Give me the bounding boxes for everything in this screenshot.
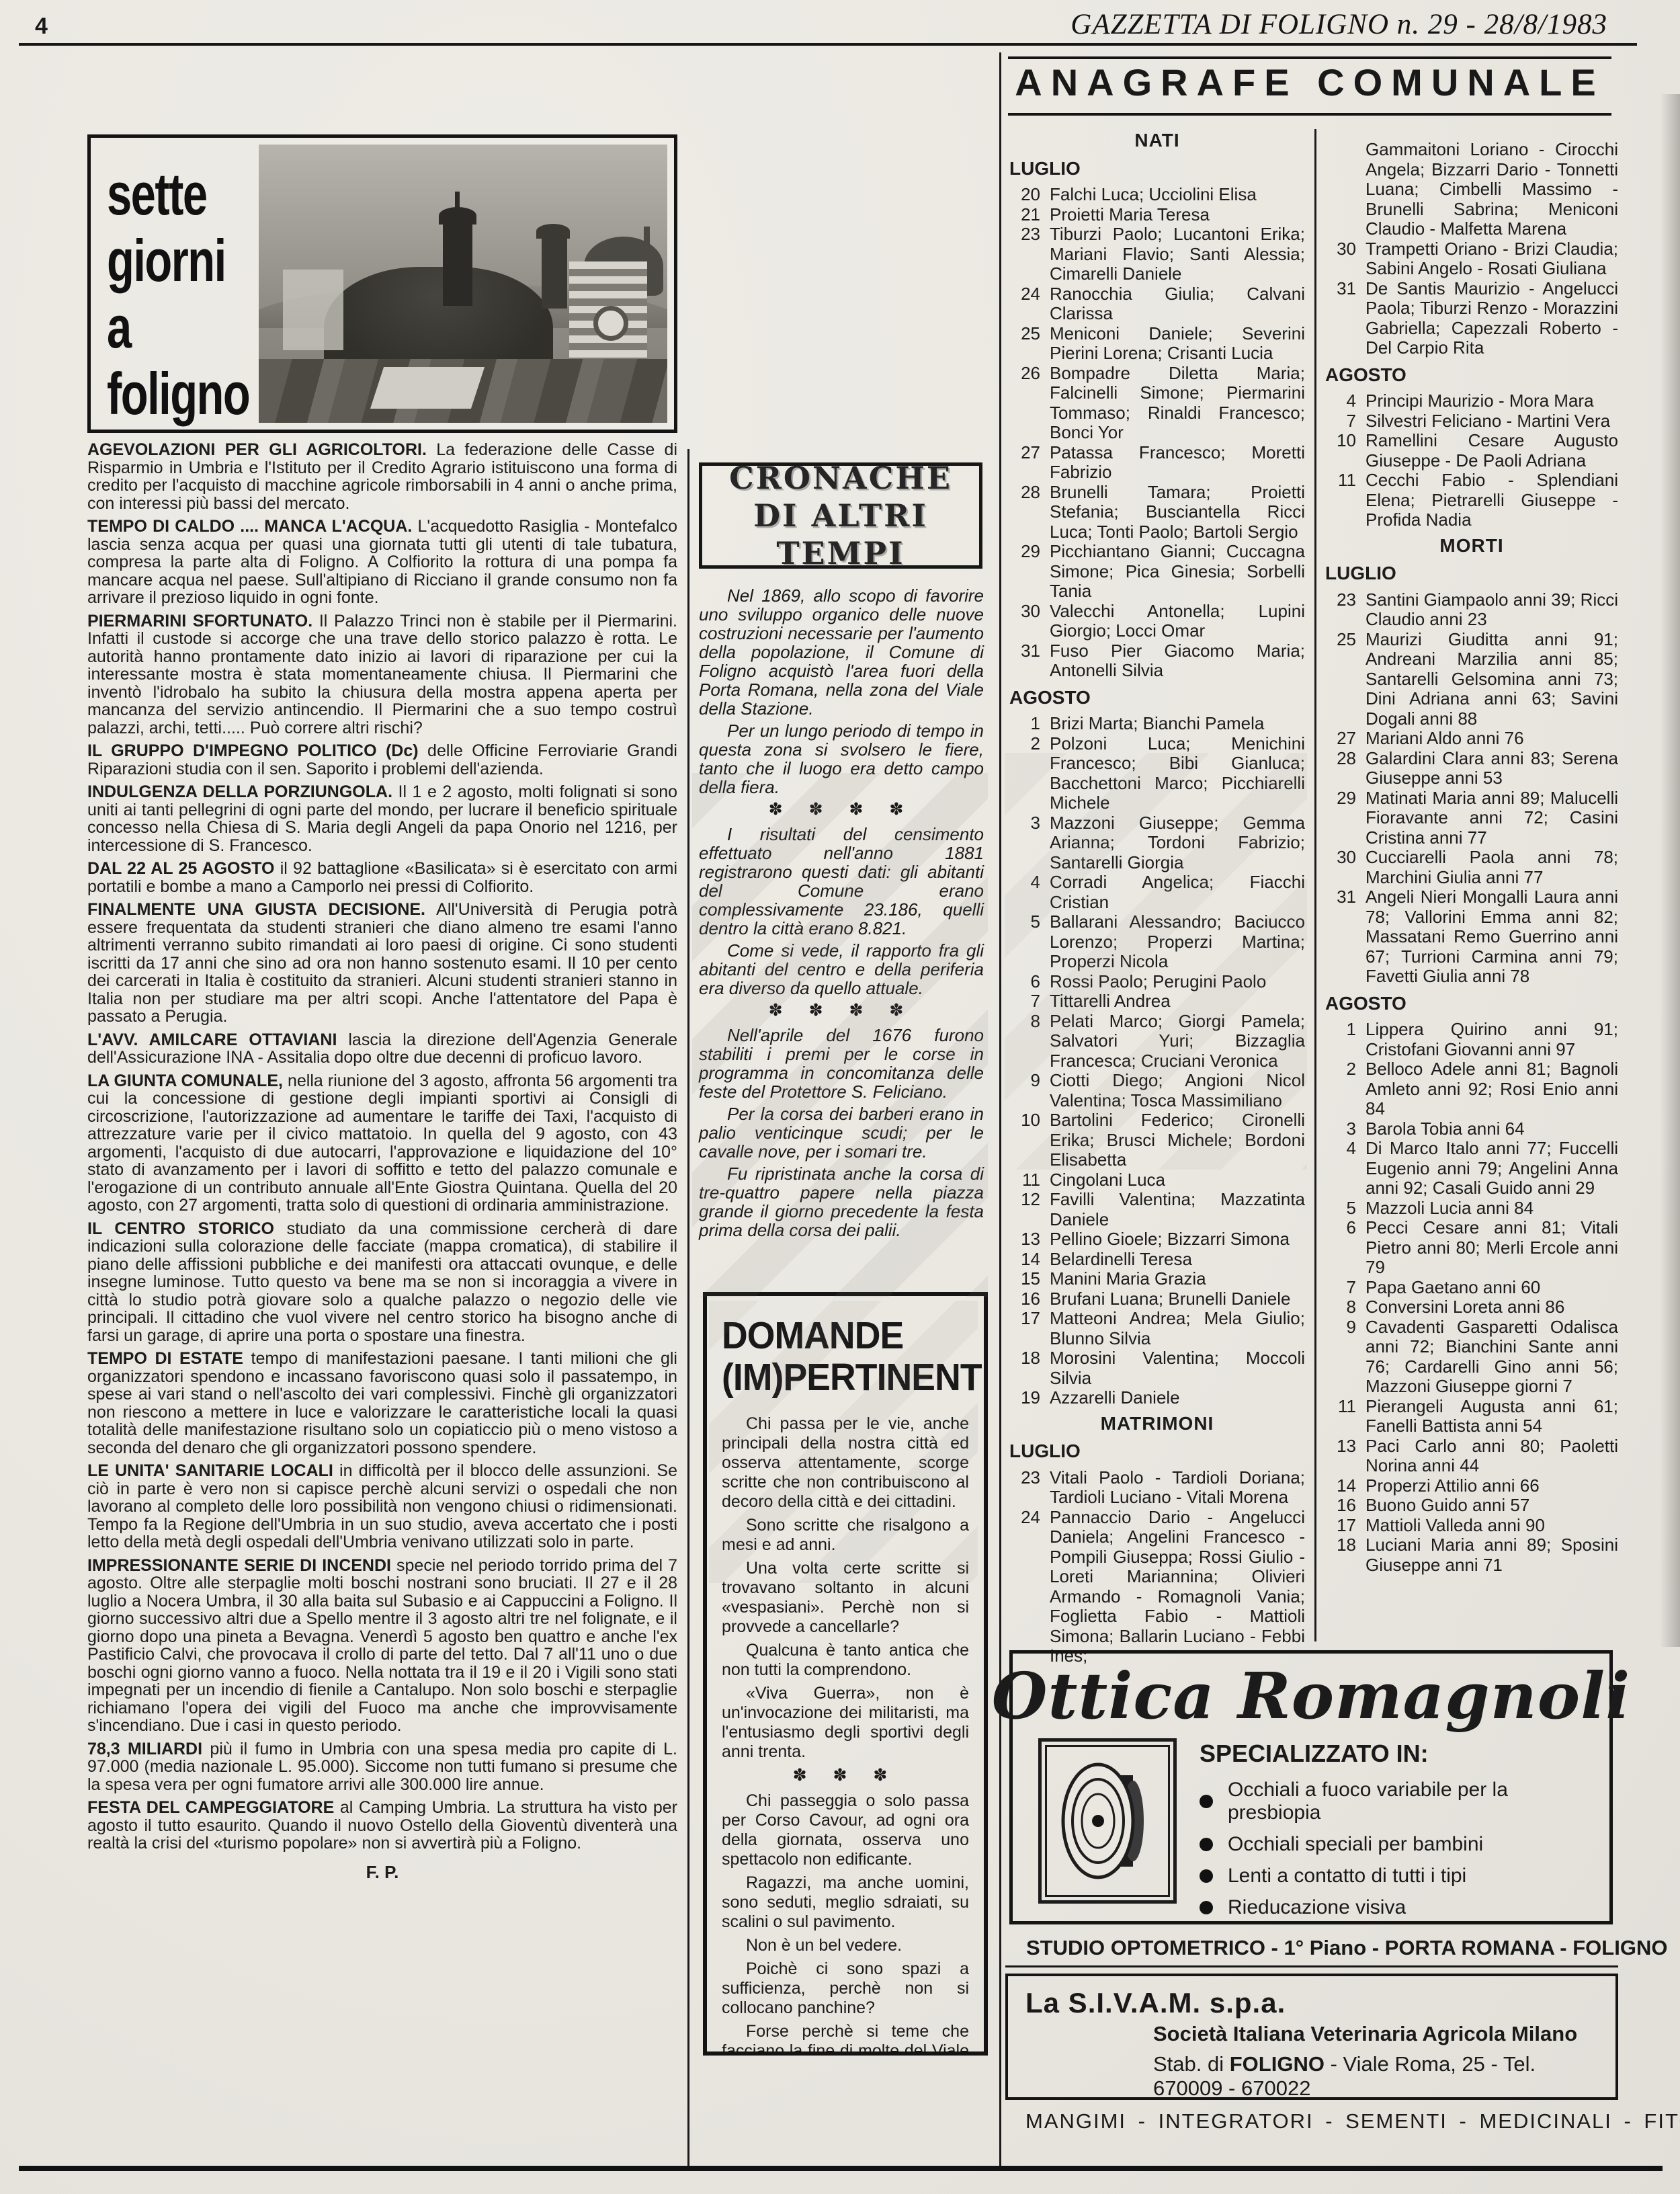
header-rule <box>19 43 1637 46</box>
entry-day-number: 17 <box>1009 1309 1050 1348</box>
domande-paragraph: Chi passa per le vie, anche principali d… <box>722 1414 969 1512</box>
cronache-title-box: CRONACHE DI ALTRI TEMPI <box>699 462 982 569</box>
entry-day-number: 16 <box>1325 1496 1366 1516</box>
anagrafe-entry: 24Ranocchia Giulia; Calvani Clarissa <box>1009 284 1305 324</box>
entry-names: Principi Maurizio - Mora Mara <box>1366 391 1618 411</box>
bullet-label: Occhiali speciali per bambini <box>1228 1833 1483 1856</box>
anagrafe-entry: 5Ballarani Alessandro; Baciucco Lorenzo;… <box>1009 912 1305 972</box>
ottica-footer: STUDIO OPTOMETRICO - 1° Piano - PORTA RO… <box>1026 1936 1596 1960</box>
bullet-icon <box>1200 1901 1213 1914</box>
entry-names: Pelati Marco; Giorgi Pamela; Salvatori Y… <box>1050 1012 1305 1071</box>
entry-names: Trampetti Oriano - Brizi Claudia; Sabini… <box>1366 239 1618 279</box>
feature-title-line: sette <box>107 161 216 227</box>
entry-day-number: 9 <box>1009 1071 1050 1110</box>
stars-separator-icon: ✽ ✽ ✽ ✽ <box>699 800 984 819</box>
entry-names: Picchiantano Gianni; Cuccagna Simone; Pi… <box>1050 542 1305 602</box>
anagrafe-section-heading: MORTI <box>1325 536 1618 556</box>
domande-paragraph: Qualcuna è tanto antica che non tutti la… <box>722 1641 969 1680</box>
feature-title-line: foligno <box>107 360 216 427</box>
entry-names: Mattioli Valleda anni 90 <box>1366 1516 1618 1536</box>
sivam-company-name: La S.I.V.A.M. s.p.a. <box>1025 1987 1598 2019</box>
entry-names: Matteoni Andrea; Mela Giulio; Blunno Sil… <box>1050 1309 1305 1348</box>
news-item-lead: AGEVOLAZIONI PER GLI AGRICOLTORI. <box>87 441 427 459</box>
entry-day-number: 6 <box>1325 1218 1366 1278</box>
anagrafe-entry: 1Brizi Marta; Bianchi Pamela <box>1009 714 1305 734</box>
entry-names: Patassa Francesco; Moretti Fabrizio <box>1050 443 1305 483</box>
bullet-icon <box>1200 1869 1213 1883</box>
entry-day-number: 6 <box>1009 972 1050 992</box>
entry-names: Ranocchia Giulia; Calvani Clarissa <box>1050 284 1305 324</box>
sivam-subtitle: Società Italiana Veterinaria Agricola Mi… <box>1153 2022 1598 2046</box>
news-item: TEMPO DI ESTATE tempo di manifestazioni … <box>87 1350 677 1457</box>
ottica-romagnoli-ad: Ottica Romagnoli SPECIA <box>1009 1650 1613 1924</box>
entry-names: Properzi Attilio anni 66 <box>1366 1476 1618 1496</box>
entry-day-number: 12 <box>1009 1190 1050 1229</box>
stars-separator-icon: ✽ ✽ ✽ ✽ <box>699 1001 984 1020</box>
entry-day-number: 18 <box>1009 1348 1050 1388</box>
news-item-lead: FINALMENTE UNA GIUSTA DECISIONE. <box>87 900 425 919</box>
news-item: AGEVOLAZIONI PER GLI AGRICOLTORI. La fed… <box>87 441 677 512</box>
domande-paragraph: Poichè ci sono spazi a sufficienza, perc… <box>722 1959 969 2018</box>
entry-names: Favilli Valentina; Mazzatinta Daniele <box>1050 1190 1305 1229</box>
left-article-column: AGEVOLAZIONI PER GLI AGRICOLTORI. La fed… <box>87 441 677 1881</box>
anagrafe-entry: 23Santini Giampaolo anni 39; Ricci Claud… <box>1325 590 1618 630</box>
anagrafe-entry: 12Favilli Valentina; Mazzatinta Daniele <box>1009 1190 1305 1229</box>
anagrafe-entry: 19Azzarelli Daniele <box>1009 1388 1305 1408</box>
entry-day-number: 27 <box>1325 729 1366 749</box>
entry-day-number: 21 <box>1009 205 1050 225</box>
ottica-bullet-item: Occhiali a fuoco variabile per la presbi… <box>1200 1779 1591 1824</box>
entry-day-number: 28 <box>1009 483 1050 542</box>
entry-names: Ramellini Cesare Augusto Giuseppe - De P… <box>1366 431 1618 471</box>
entry-day-number: 10 <box>1009 1110 1050 1170</box>
bullet-icon <box>1200 1795 1213 1808</box>
entry-day-number: 29 <box>1009 542 1050 602</box>
domande-title-line: (IM)PERTINENTI <box>722 1356 988 1399</box>
anagrafe-entry: 25Maurizi Giuditta anni 91; Andreani Mar… <box>1325 630 1618 729</box>
anagrafe-entry: 26Bompadre Diletta Maria; Falcinelli Sim… <box>1009 364 1305 443</box>
anagrafe-rule-bottom <box>1008 113 1611 116</box>
entry-day-number: 17 <box>1325 1516 1366 1536</box>
anagrafe-entry: 24Pannaccio Dario - Angelucci Daniela; A… <box>1009 1508 1305 1666</box>
entry-names: Lippera Quirino anni 91; Cristofani Giov… <box>1366 1020 1618 1059</box>
cronache-paragraph: Fu ripristinata anche la corsa di tre-qu… <box>699 1164 984 1240</box>
anagrafe-column-left: NATILUGLIO20Falchi Luca; Ucciolini Elisa… <box>1009 125 1305 1666</box>
entry-day-number: 7 <box>1325 1278 1366 1298</box>
anagrafe-entry: 28Galardini Clara anni 83; Serena Giusep… <box>1325 749 1618 788</box>
author-initials: F. P. <box>87 1863 677 1881</box>
entry-day-number: 23 <box>1009 1468 1050 1508</box>
entry-day-number: 5 <box>1009 912 1050 972</box>
feature-box: sette giorni a foligno <box>87 134 677 433</box>
entry-names: Mariani Aldo anni 76 <box>1366 729 1618 749</box>
news-item-lead: TEMPO DI ESTATE <box>87 1349 243 1368</box>
entry-names: Di Marco Italo anni 77; Fuccelli Eugenio… <box>1366 1139 1618 1198</box>
sivam-products: MANGIMI - INTEGRATORI - SEMENTI - MEDICI… <box>1025 2109 1598 2134</box>
anagrafe-title: ANAGRAFE COMUNALE <box>1008 60 1611 104</box>
entry-names: Papa Gaetano anni 60 <box>1366 1278 1618 1298</box>
anagrafe-entry: 10Bartolini Federico; Cironelli Erika; B… <box>1009 1110 1305 1170</box>
entry-day-number: 8 <box>1325 1297 1366 1317</box>
entry-names: Pannaccio Dario - Angelucci Daniela; Ang… <box>1050 1508 1305 1666</box>
domande-paragraph: Forse perchè si teme che facciano la fin… <box>722 2022 969 2056</box>
anagrafe-entry: 3Mazzoni Giuseppe; Gemma Arianna; Tordon… <box>1009 813 1305 873</box>
anagrafe-entry: 29Matinati Maria anni 89; Malucelli Fior… <box>1325 788 1618 848</box>
anagrafe-entry: 11Cingolani Luca <box>1009 1170 1305 1190</box>
entry-day-number: 30 <box>1009 602 1050 641</box>
cronache-body: Nel 1869, allo scopo di favorire uno svi… <box>699 586 984 1243</box>
domande-paragraph: Chi passeggia o solo passa per Corso Cav… <box>722 1791 969 1869</box>
entry-names: Ballarani Alessandro; Baciucco Lorenzo; … <box>1050 912 1305 972</box>
entry-day-number: 7 <box>1325 411 1366 432</box>
entry-day-number: 24 <box>1009 284 1050 324</box>
cronache-title-line: CRONACHE <box>729 459 952 497</box>
domande-paragraph: Sono scritte che risalgono a mesi e ad a… <box>722 1516 969 1555</box>
photo-rose-window <box>593 306 628 341</box>
anagrafe-entry: 8Conversini Loreta anni 86 <box>1325 1297 1618 1317</box>
anagrafe-entry: 17Mattioli Valleda anni 90 <box>1325 1516 1618 1536</box>
domande-paragraph: Una volta certe scritte si trovavano sol… <box>722 1559 969 1637</box>
entry-names: Mazzoli Lucia anni 84 <box>1366 1198 1618 1219</box>
news-item-text: studiato da una commissione cercherà di … <box>87 1219 677 1345</box>
entry-day-number: 10 <box>1325 431 1366 471</box>
entry-names: Bartolini Federico; Cironelli Erika; Bru… <box>1050 1110 1305 1170</box>
anagrafe-entry: 16Buono Guido anni 57 <box>1325 1496 1618 1516</box>
anagrafe-entry: 31Fuso Pier Giacomo Maria; Antonelli Sil… <box>1009 641 1305 681</box>
entry-day-number: 18 <box>1325 1535 1366 1575</box>
entry-names: Corradi Angelica; Fiacchi Cristian <box>1050 872 1305 912</box>
news-item-lead: TEMPO DI CALDO .... MANCA L'ACQUA. <box>87 517 412 536</box>
entry-day-number: 11 <box>1325 471 1366 530</box>
entry-names: Brufani Luana; Brunelli Daniele <box>1050 1289 1305 1309</box>
anagrafe-entry: 21Proietti Maria Teresa <box>1009 205 1305 225</box>
anagrafe-entry: 8Pelati Marco; Giorgi Pamela; Salvatori … <box>1009 1012 1305 1071</box>
cronache-paragraph: Nell'aprile del 1676 furono stabiliti i … <box>699 1026 984 1101</box>
anagrafe-entry: 30Valecchi Antonella; Lupini Giorgio; Lo… <box>1009 602 1305 641</box>
entry-names: Paci Carlo anni 80; Paoletti Norina anni… <box>1366 1436 1618 1476</box>
anagrafe-entry: 30Trampetti Oriano - Brizi Claudia; Sabi… <box>1325 239 1618 279</box>
lens-icon <box>1045 1745 1170 1897</box>
entry-names: De Santis Maurizio - Angelucci Paola; Ti… <box>1366 279 1618 358</box>
entry-day-number: 20 <box>1009 185 1050 205</box>
anagrafe-month-heading: LUGLIO <box>1325 563 1618 583</box>
entry-names: Barola Tobia anni 64 <box>1366 1119 1618 1139</box>
news-item: 78,3 MILIARDI più il fumo in Umbria con … <box>87 1740 677 1794</box>
entry-names: Buono Guido anni 57 <box>1366 1496 1618 1516</box>
page-bottom-rule <box>19 2166 1663 2171</box>
anagrafe-entry: 18Morosini Valentina; Moccoli Silvia <box>1009 1348 1305 1388</box>
sivam-rule <box>1005 1965 1618 1967</box>
cronache-paragraph: Come si vede, il rapporto fra gli abitan… <box>699 941 984 998</box>
news-item: INDULGENZA DELLA PORZIUNGOLA. Il 1 e 2 a… <box>87 783 677 854</box>
anagrafe-entry: 11Pierangeli Augusta anni 61; Fanelli Ba… <box>1325 1397 1618 1436</box>
foligno-cityscape-photo <box>259 145 667 423</box>
news-item: LA GIUNTA COMUNALE, nella riunione del 3… <box>87 1072 677 1215</box>
anagrafe-entry: 18Luciani Maria anni 89; Sposini Giusepp… <box>1325 1535 1618 1575</box>
sivam-address: Stab. di FOLIGNO - Viale Roma, 25 - Tel.… <box>1153 2052 1598 2101</box>
news-item: DAL 22 AL 25 AGOSTO il 92 battaglione «B… <box>87 860 677 895</box>
entry-names: Cavadenti Gasparetti Odalisca anni 72; B… <box>1366 1317 1618 1397</box>
anagrafe-entry: 27Patassa Francesco; Moretti Fabrizio <box>1009 443 1305 483</box>
entry-names: Rossi Paolo; Perugini Paolo <box>1050 972 1305 992</box>
lens-illustration-frame <box>1038 1738 1177 1904</box>
entry-names: Cucciarelli Paola anni 78; Marchini Giul… <box>1366 848 1618 887</box>
entry-names: Pecci Cesare anni 81; Vitali Pietro anni… <box>1366 1218 1618 1278</box>
news-item: FESTA DEL CAMPEGGIATORE al Camping Umbri… <box>87 1799 677 1853</box>
news-item-lead: DAL 22 AL 25 AGOSTO <box>87 859 274 878</box>
entry-day-number: 2 <box>1009 734 1050 813</box>
anagrafe-entry: 31Angeli Nieri Mongalli Laura anni 78; V… <box>1325 887 1618 987</box>
entry-names: Ciotti Diego; Angioni Nicol Valentina; T… <box>1050 1071 1305 1110</box>
entry-day-number: 31 <box>1009 641 1050 681</box>
photo-light-roof <box>370 367 485 409</box>
anagrafe-entry: 4Corradi Angelica; Fiacchi Cristian <box>1009 872 1305 912</box>
entry-day-number: 2 <box>1325 1059 1366 1119</box>
news-item-lead: 78,3 MILIARDI <box>87 1740 202 1758</box>
entry-names: Morosini Valentina; Moccoli Silvia <box>1050 1348 1305 1388</box>
anagrafe-month-heading: AGOSTO <box>1325 365 1618 385</box>
page-number: 4 <box>35 13 48 40</box>
anagrafe-rule-top <box>1008 56 1611 59</box>
anagrafe-entry: 16Brufani Luana; Brunelli Daniele <box>1009 1289 1305 1309</box>
domande-paragraph: «Viva Guerra», non è un'invocazione dei … <box>722 1684 969 1762</box>
entry-names: Cecchi Fabio - Splendiani Elena; Pietrar… <box>1366 471 1618 530</box>
entry-day-number: 3 <box>1009 813 1050 873</box>
photo-tower <box>443 217 472 306</box>
feature-title: sette giorni a foligno <box>107 161 251 427</box>
news-item-text: specie nel periodo torrido prima del 7 a… <box>87 1556 677 1736</box>
news-item-lead: FESTA DEL CAMPEGGIATORE <box>87 1798 334 1817</box>
scan-edge-shadow <box>1660 94 1680 1647</box>
entry-day-number: 31 <box>1325 279 1366 358</box>
news-item: LE UNITA' SANITARIE LOCALI in difficoltà… <box>87 1462 677 1551</box>
entry-day-number: 16 <box>1009 1289 1050 1309</box>
news-item-lead: L'AVV. AMILCARE OTTAVIANI <box>87 1030 337 1049</box>
entry-names: Angeli Nieri Mongalli Laura anni 78; Val… <box>1366 887 1618 987</box>
entry-names: Conversini Loreta anni 86 <box>1366 1297 1618 1317</box>
ottica-bullet-item: Occhiali speciali per bambini <box>1200 1833 1591 1856</box>
anagrafe-entry: 7Papa Gaetano anni 60 <box>1325 1278 1618 1298</box>
entry-day-number: 8 <box>1009 1012 1050 1071</box>
anagrafe-entry: 4Principi Maurizio - Mora Mara <box>1325 391 1618 411</box>
ottica-title: Ottica Romagnoli <box>992 1662 1631 1732</box>
cronache-paragraph: Per la corsa dei barberi erano in palio … <box>699 1104 984 1161</box>
anagrafe-entry: 1Lippera Quirino anni 91; Cristofani Gio… <box>1325 1020 1618 1059</box>
anagrafe-column-right: Gammaitoni Loriano - Cirocchi Angela; Bi… <box>1325 140 1618 1575</box>
ottica-bullet-item: Lenti a contatto di tutti i tipi <box>1200 1865 1591 1887</box>
entry-day-number: 13 <box>1325 1436 1366 1476</box>
entry-names: Meniconi Daniele; Severini Pierini Loren… <box>1050 324 1305 364</box>
entry-day-number: 4 <box>1325 391 1366 411</box>
anagrafe-entry: 6Rossi Paolo; Perugini Paolo <box>1009 972 1305 992</box>
anagrafe-entry: 23Vitali Paolo - Tardioli Doriana; Tardi… <box>1009 1468 1305 1508</box>
anagrafe-month-heading: LUGLIO <box>1009 159 1305 179</box>
entry-day-number: 27 <box>1009 443 1050 483</box>
entry-names: Gammaitoni Loriano - Cirocchi Angela; Bi… <box>1366 140 1618 239</box>
entry-day-number: 11 <box>1325 1397 1366 1436</box>
entry-names: Brunelli Tamara; Proietti Stefania; Busc… <box>1050 483 1305 542</box>
entry-day-number: 23 <box>1325 590 1366 630</box>
anagrafe-entry: 11Cecchi Fabio - Splendiani Elena; Pietr… <box>1325 471 1618 530</box>
entry-day-number: 25 <box>1009 324 1050 364</box>
domande-paragraph: Non è un bel vedere. <box>722 1936 969 1955</box>
anagrafe-section-heading: MATRIMONI <box>1009 1414 1305 1434</box>
entry-day-number <box>1325 140 1366 239</box>
news-item-text: Il Palazzo Trinci non è stabile per il P… <box>87 612 677 737</box>
anagrafe-entry: 30Cucciarelli Paola anni 78; Marchini Gi… <box>1325 848 1618 887</box>
anagrafe-entry: 23Tiburzi Paolo; Lucantoni Erika; Marian… <box>1009 225 1305 284</box>
entry-day-number: 14 <box>1325 1476 1366 1496</box>
entry-names: Pellino Gioele; Bizzarri Simona <box>1050 1229 1305 1250</box>
anagrafe-month-heading: AGOSTO <box>1325 993 1618 1014</box>
ottica-specialized-label: SPECIALIZZATO IN: <box>1200 1740 1591 1768</box>
anagrafe-entry: 31De Santis Maurizio - Angelucci Paola; … <box>1325 279 1618 358</box>
anagrafe-entry: 9Ciotti Diego; Angioni Nicol Valentina; … <box>1009 1071 1305 1110</box>
news-item: TEMPO DI CALDO .... MANCA L'ACQUA. L'acq… <box>87 518 677 607</box>
entry-names: Polzoni Luca; Menichini Francesco; Bibi … <box>1050 734 1305 813</box>
masthead: GAZZETTA DI FOLIGNO n. 29 - 28/8/1983 <box>1070 8 1607 41</box>
news-item-lead: INDULGENZA DELLA PORZIUNGOLA. <box>87 782 392 801</box>
news-item: IL GRUPPO D'IMPEGNO POLITICO (Dc) delle … <box>87 742 677 778</box>
entry-names: Matinati Maria anni 89; Malucelli Fiorav… <box>1366 788 1618 848</box>
anagrafe-entry: 2Polzoni Luca; Menichini Francesco; Bibi… <box>1009 734 1305 813</box>
entry-day-number: 1 <box>1009 714 1050 734</box>
news-item-lead: IMPRESSIONANTE SERIE DI INCENDI <box>87 1556 391 1575</box>
anagrafe-entry: 27Mariani Aldo anni 76 <box>1325 729 1618 749</box>
domande-body: Chi passa per le vie, anche principali d… <box>722 1414 969 2056</box>
entry-day-number: 30 <box>1325 239 1366 279</box>
sivam-address-city: FOLIGNO <box>1230 2052 1325 2076</box>
entry-names: Belardinelli Teresa <box>1050 1250 1305 1270</box>
news-item: PIERMARINI SFORTUNATO. Il Palazzo Trinci… <box>87 612 677 737</box>
entry-names: Azzarelli Daniele <box>1050 1388 1305 1408</box>
anagrafe-entry: 14Properzi Attilio anni 66 <box>1325 1476 1618 1496</box>
anagrafe-month-heading: LUGLIO <box>1009 1441 1305 1461</box>
domande-title-line: DOMANDE <box>722 1314 903 1357</box>
entry-names: Vitali Paolo - Tardioli Doriana; Tardiol… <box>1050 1468 1305 1508</box>
ottica-title-row: Ottica Romagnoli <box>1013 1662 1609 1732</box>
entry-day-number: 23 <box>1009 225 1050 284</box>
ottica-bullet-item: Rieducazione visiva <box>1200 1896 1591 1919</box>
anagrafe-entry: 17Matteoni Andrea; Mela Giulio; Blunno S… <box>1009 1309 1305 1348</box>
entry-names: Manini Maria Grazia <box>1050 1269 1305 1289</box>
entry-day-number: 29 <box>1325 788 1366 848</box>
anagrafe-section-heading: NATI <box>1009 130 1305 151</box>
anagrafe-entry: 5Mazzoli Lucia anni 84 <box>1325 1198 1618 1219</box>
anagrafe-entry: 13Pellino Gioele; Bizzarri Simona <box>1009 1229 1305 1250</box>
entry-day-number: 26 <box>1009 364 1050 443</box>
anagrafe-entry: 15Manini Maria Grazia <box>1009 1269 1305 1289</box>
entry-day-number: 5 <box>1325 1198 1366 1219</box>
anagrafe-entry: 7Silvestri Feliciano - Martini Vera <box>1325 411 1618 432</box>
entry-names: Mazzoni Giuseppe; Gemma Arianna; Tordoni… <box>1050 813 1305 873</box>
stars-separator-icon: ✽ ✽ ✽ <box>722 1766 969 1785</box>
cronache-paragraph: Per un lungo periodo di tempo in questa … <box>699 721 984 797</box>
news-item-text: All'Università di Perugia potrà essere f… <box>87 900 677 1026</box>
anagrafe-entry: 28Brunelli Tamara; Proietti Stefania; Bu… <box>1009 483 1305 542</box>
entry-names: Tittarelli Andrea <box>1050 991 1305 1012</box>
news-item-lead: PIERMARINI SFORTUNATO. <box>87 612 312 631</box>
entry-names: Fuso Pier Giacomo Maria; Antonelli Silvi… <box>1050 641 1305 681</box>
column-divider <box>687 449 689 2167</box>
anagrafe-entry: 20Falchi Luca; Ucciolini Elisa <box>1009 185 1305 205</box>
entry-day-number: 4 <box>1009 872 1050 912</box>
anagrafe-entry: 14Belardinelli Teresa <box>1009 1250 1305 1270</box>
anagrafe-entry: 25Meniconi Daniele; Severini Pierini Lor… <box>1009 324 1305 364</box>
anagrafe-entry: 2Belloco Adele anni 81; Bagnoli Amleto a… <box>1325 1059 1618 1119</box>
anagrafe-entry: 4Di Marco Italo anni 77; Fuccelli Eugeni… <box>1325 1139 1618 1198</box>
domande-box: DOMANDE (IM)PERTINENTI Chi passa per le … <box>703 1292 988 2056</box>
news-item-lead: LE UNITA' SANITARIE LOCALI <box>87 1461 333 1480</box>
anagrafe-entry: 7Tittarelli Andrea <box>1009 991 1305 1012</box>
sivam-address-prefix: Stab. di <box>1153 2052 1230 2076</box>
news-item: IMPRESSIONANTE SERIE DI INCENDI specie n… <box>87 1557 677 1735</box>
photo-campanile <box>542 231 567 309</box>
anagrafe-month-heading: AGOSTO <box>1009 688 1305 708</box>
entry-day-number: 11 <box>1009 1170 1050 1190</box>
entry-day-number: 30 <box>1325 848 1366 887</box>
entry-names: Galardini Clara anni 83; Serena Giuseppe… <box>1366 749 1618 788</box>
column-divider <box>1314 129 1316 1641</box>
entry-names: Santini Giampaolo anni 39; Ricci Claudio… <box>1366 590 1618 630</box>
news-item: FINALMENTE UNA GIUSTA DECISIONE. All'Uni… <box>87 901 677 1026</box>
entry-names: Luciani Maria anni 89; Sposini Giuseppe … <box>1366 1535 1618 1575</box>
entry-names: Tiburzi Paolo; Lucantoni Erika; Mariani … <box>1050 225 1305 284</box>
entry-day-number: 19 <box>1009 1388 1050 1408</box>
entry-day-number: 1 <box>1325 1020 1366 1059</box>
entry-names: Falchi Luca; Ucciolini Elisa <box>1050 185 1305 205</box>
cronache-paragraph: I risultati del censimento effettuato ne… <box>699 825 984 938</box>
ottica-content: SPECIALIZZATO IN: Occhiali a fuoco varia… <box>1038 1738 1591 1928</box>
bullet-label: Rieducazione visiva <box>1228 1896 1406 1919</box>
entry-names: Brizi Marta; Bianchi Pamela <box>1050 714 1305 734</box>
entry-day-number: 28 <box>1325 749 1366 788</box>
entry-day-number: 7 <box>1009 991 1050 1012</box>
entry-names: Silvestri Feliciano - Martini Vera <box>1366 411 1618 432</box>
entry-names: Pierangeli Augusta anni 61; Fanelli Batt… <box>1366 1397 1618 1436</box>
feature-title-line: giorni <box>107 227 216 294</box>
news-item: L'AVV. AMILCARE OTTAVIANI lascia la dire… <box>87 1031 677 1067</box>
entry-day-number: 3 <box>1325 1119 1366 1139</box>
anagrafe-entry: 10Ramellini Cesare Augusto Giuseppe - De… <box>1325 431 1618 471</box>
news-item-lead: IL CENTRO STORICO <box>87 1219 274 1238</box>
entry-day-number: 25 <box>1325 630 1366 729</box>
news-item: IL CENTRO STORICO studiato da una commis… <box>87 1220 677 1345</box>
anagrafe-entry: 9Cavadenti Gasparetti Odalisca anni 72; … <box>1325 1317 1618 1397</box>
domande-title: DOMANDE (IM)PERTINENTI <box>722 1315 954 1398</box>
news-item-lead: IL GRUPPO D'IMPEGNO POLITICO (Dc) <box>87 741 419 760</box>
anagrafe-entry: 6Pecci Cesare anni 81; Vitali Pietro ann… <box>1325 1218 1618 1278</box>
ottica-text-block: SPECIALIZZATO IN: Occhiali a fuoco varia… <box>1200 1738 1591 1928</box>
bullet-label: Occhiali a fuoco variabile per la presbi… <box>1228 1779 1591 1824</box>
cronache-title-line: DI ALTRI TEMPI <box>702 497 979 572</box>
anagrafe-entry: 13Paci Carlo anni 80; Paoletti Norina an… <box>1325 1436 1618 1476</box>
entry-day-number: 24 <box>1009 1508 1050 1666</box>
entry-day-number: 9 <box>1325 1317 1366 1397</box>
entry-day-number: 14 <box>1009 1250 1050 1270</box>
entry-names: Bompadre Diletta Maria; Falcinelli Simon… <box>1050 364 1305 443</box>
sivam-ad: La S.I.V.A.M. s.p.a. Società Italiana Ve… <box>1005 1974 1618 2100</box>
cronache-paragraph: Nel 1869, allo scopo di favorire uno svi… <box>699 586 984 718</box>
entry-day-number: 13 <box>1009 1229 1050 1250</box>
entry-names: Cingolani Luca <box>1050 1170 1305 1190</box>
entry-names: Proietti Maria Teresa <box>1050 205 1305 225</box>
ottica-bullet-list: Occhiali a fuoco variabile per la presbi… <box>1200 1779 1591 1919</box>
anagrafe-entry: 29Picchiantano Gianni; Cuccagna Simone; … <box>1009 542 1305 602</box>
news-items: AGEVOLAZIONI PER GLI AGRICOLTORI. La fed… <box>87 441 677 1853</box>
news-item-text: nella riunione del 3 agosto, affronta 56… <box>87 1071 677 1215</box>
entry-names: Valecchi Antonella; Lupini Giorgio; Locc… <box>1050 602 1305 641</box>
